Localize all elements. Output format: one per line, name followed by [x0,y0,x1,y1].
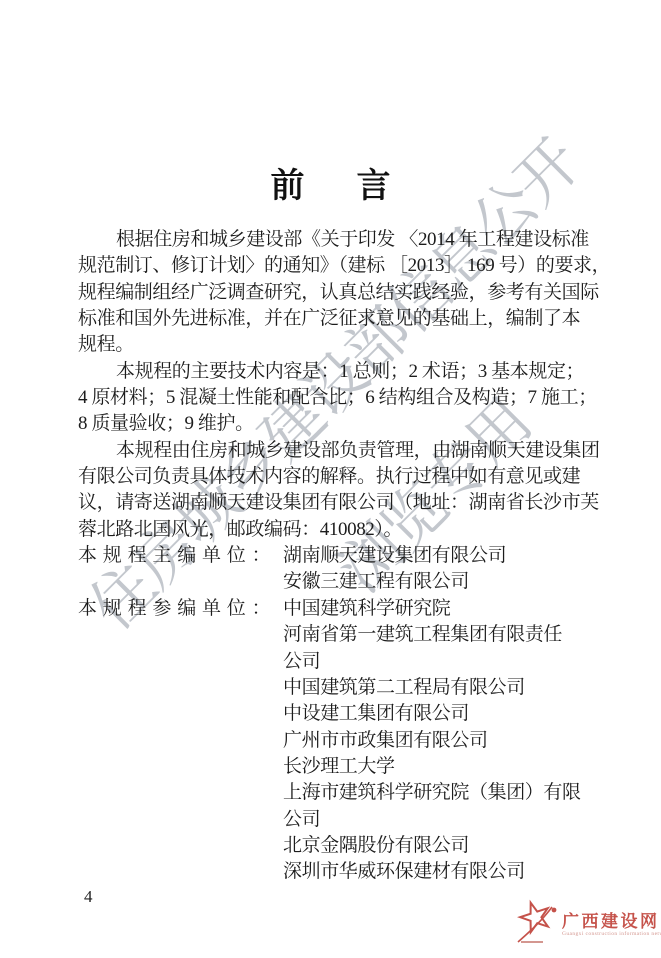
org-item: 安徽三建工程有限公司 [283,569,590,595]
chief-editor-orgs: 湖南顺天建设集团有限公司 安徽三建工程有限公司 [283,543,590,596]
chief-editor-section: 本规程主编单位： 湖南顺天建设集团有限公司 安徽三建工程有限公司 [78,543,590,596]
paragraph-line: 本规程由住房和城乡建设部负责管理，由湖南顺天建设集团 [78,438,590,464]
paragraph-line: 规程。 [78,332,590,358]
participating-editor-orgs: 中国建筑科学研究院 河南省第一建筑工程集团有限责任 公司 中国建筑第二工程局有限… [283,596,590,886]
participating-editor-section: 本规程参编单位： 中国建筑科学研究院 河南省第一建筑工程集团有限责任 公司 中国… [78,596,590,886]
shooting-star-icon [517,897,557,952]
paragraph-line: 本规程的主要技术内容是：1 总则；2 术语；3 基本规定； [78,359,590,385]
document-body: 根据住房和城乡建设部《关于印发 〈2014 年工程建设标准 规范制订、修订计划〉… [78,227,590,886]
org-item: 北京金隅股份有限公司 [283,833,590,859]
paragraph-line: 有限公司负责具体技术内容的解释。执行过程中如有意见或建 [78,464,590,490]
org-item: 广州市市政集团有限公司 [283,728,590,754]
paragraph-line: 8 质量验收；9 维护。 [78,411,590,437]
org-item: 长沙理工大学 [283,754,590,780]
paragraph-line: 规范制订、修订计划〉的通知》（建标 ［2013］ 169 号）的要求， [78,253,590,279]
site-logo: 广西建设网 Guangxi construction information n… [517,897,661,952]
page-title: 前 言 [0,158,661,207]
logo-tagline: Guangxi construction information network [562,931,661,938]
org-item: 湖南顺天建设集团有限公司 [283,543,590,569]
org-item: 中国建筑科学研究院 [283,596,590,622]
page-title-char-left: 前 [271,158,305,207]
paragraph-line: 蓉北路北国风光，邮政编码：410082）。 [78,517,590,543]
paragraph-3: 本规程由住房和城乡建设部负责管理，由湖南顺天建设集团 有限公司负责具体技术内容的… [78,438,590,543]
paragraph-2: 本规程的主要技术内容是：1 总则；2 术语；3 基本规定； 4 原材料；5 混凝… [78,359,590,438]
page-title-char-right: 言 [357,158,391,207]
org-item: 深圳市华威环保建材有限公司 [283,859,590,885]
paragraph-line: 议，请寄送湖南顺天建设集团有限公司（地址：湖南省长沙市芙 [78,490,590,516]
paragraph-1: 根据住房和城乡建设部《关于印发 〈2014 年工程建设标准 规范制订、修订计划〉… [78,227,590,359]
chief-editor-label: 本规程主编单位： [78,543,283,569]
logo-text-block: 广西建设网 Guangxi construction information n… [562,912,661,938]
paragraph-line: 标准和国外先进标准，并在广泛征求意见的基础上，编制了本 [78,306,590,332]
org-item: 中国建筑第二工程局有限公司 [283,675,590,701]
paragraph-line: 规程编制组经广泛调查研究，认真总结实践经验，参考有关国际 [78,280,590,306]
paragraph-line: 根据住房和城乡建设部《关于印发 〈2014 年工程建设标准 [78,227,590,253]
org-item: 河南省第一建筑工程集团有限责任 公司 [283,622,590,675]
logo-name: 广西建设网 [562,912,661,931]
participating-editor-label: 本规程参编单位： [78,596,283,622]
document-page: 住房城乡建设部信息公开 浏览专用 前 言 根据住房和城乡建设部《关于印发 〈20… [0,0,661,958]
page-number: 4 [84,887,93,907]
org-item: 上海市建筑科学研究院（集团）有限 公司 [283,780,590,833]
org-item: 中设建工集团有限公司 [283,701,590,727]
paragraph-line: 4 原材料；5 混凝土性能和配合比；6 结构组合及构造；7 施工； [78,385,590,411]
